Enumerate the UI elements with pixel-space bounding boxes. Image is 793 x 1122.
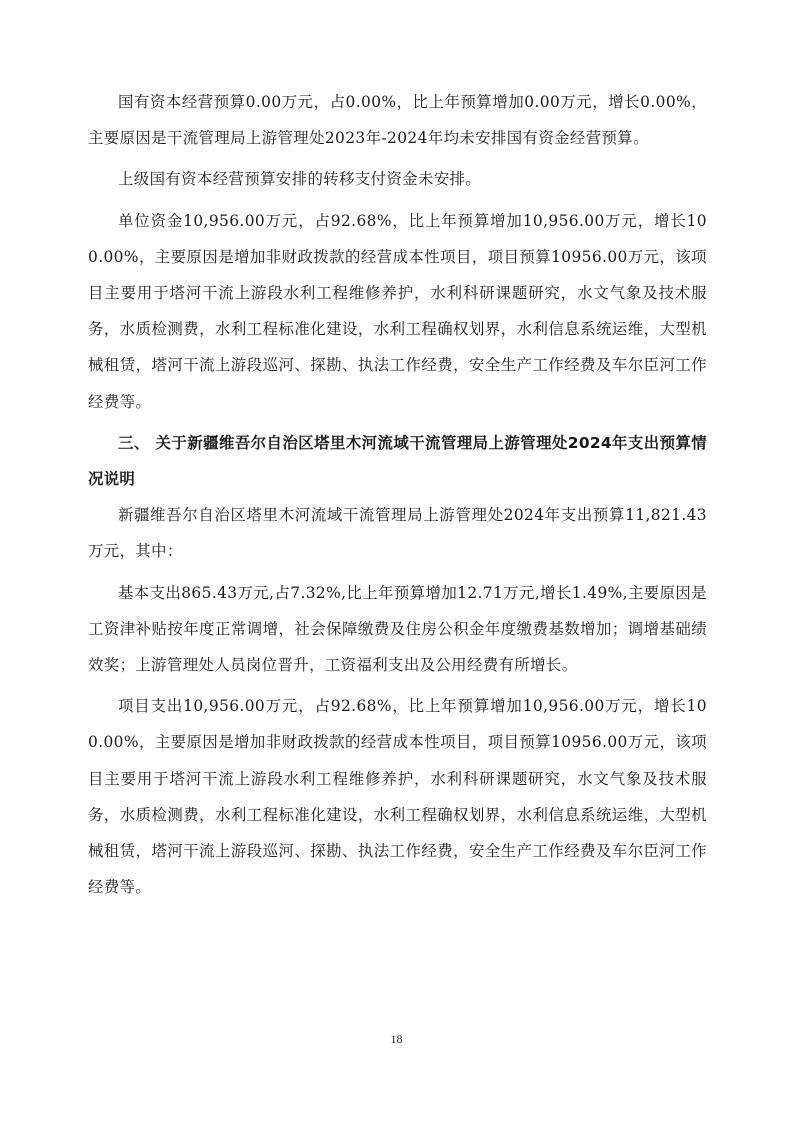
document-page: 国有资本经营预算0.00万元，占0.00%，比上年预算增加0.00万元，增长0.… bbox=[88, 84, 707, 905]
paragraph-expenditure-total: 新疆维吾尔自治区塔里木河流域干流管理局上游管理处2024年支出预算11,821.… bbox=[88, 497, 707, 569]
paragraph-project-expenditure: 项目支出10,956.00万元，占92.68%，比上年预算增加10,956.00… bbox=[88, 688, 707, 905]
paragraph-state-capital-budget: 国有资本经营预算0.00万元，占0.00%，比上年预算增加0.00万元，增长0.… bbox=[88, 84, 707, 156]
paragraph-basic-expenditure: 基本支出865.43万元,占7.32%,比上年预算增加12.71万元,增长1.4… bbox=[88, 575, 707, 684]
page-number: 18 bbox=[0, 1032, 793, 1047]
paragraph-transfer-payment: 上级国有资本经营预算安排的转移支付资金未安排。 bbox=[88, 161, 707, 197]
section-heading: 三、 关于新疆维吾尔自治区塔里木河流域干流管理局上游管理处2024年支出预算情况… bbox=[88, 425, 707, 497]
paragraph-unit-funds: 单位资金10,956.00万元，占92.68%，比上年预算增加10,956.00… bbox=[88, 203, 707, 420]
